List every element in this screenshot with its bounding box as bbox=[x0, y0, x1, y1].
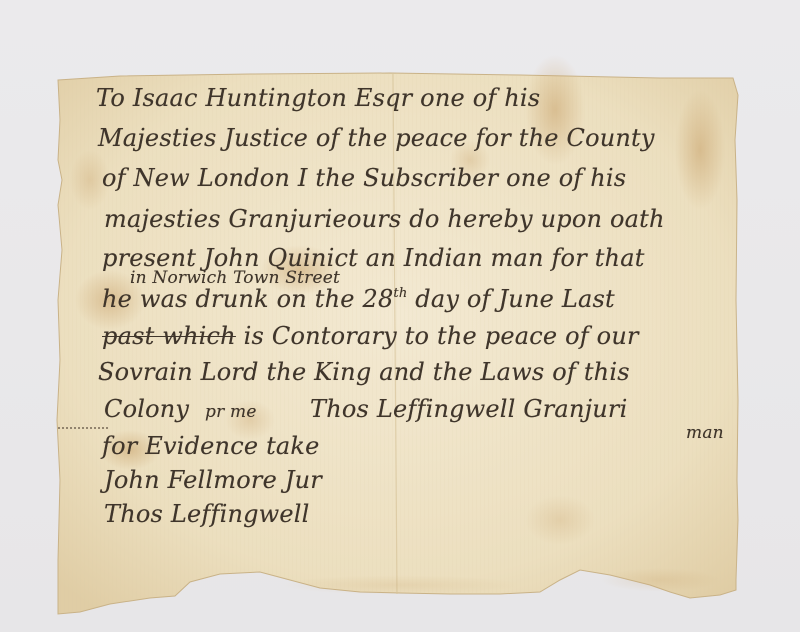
text-line-3: of New London I the Subscriber one of hi… bbox=[102, 164, 626, 192]
signature-leffingwell-granjuriman: Thos Leffingwell Granjuri bbox=[310, 395, 627, 423]
text-line-8: Sovrain Lord the King and the Laws of th… bbox=[98, 358, 630, 386]
text-line-9: Colony bbox=[104, 395, 189, 423]
text-line-6-superscript: th bbox=[393, 286, 407, 301]
per-me-text: pr me bbox=[205, 402, 257, 422]
photo-stage: To Isaac Huntington Esqr one of his Maje… bbox=[0, 0, 800, 632]
text-line-1: To Isaac Huntington Esqr one of his bbox=[96, 84, 540, 112]
struck-text: past which bbox=[102, 322, 236, 350]
text-line-6-post: day of June Last bbox=[407, 285, 614, 313]
text-line-evidence: for Evidence take bbox=[102, 432, 320, 460]
text-line-4: majesties Granjurieours do hereby upon o… bbox=[104, 205, 665, 233]
witness-name: John Fellmore Jur bbox=[104, 466, 322, 494]
text-line-6: he was drunk on the 28th day of June Las… bbox=[102, 285, 615, 313]
text-line-2: Majesties Justice of the peace for the C… bbox=[98, 124, 655, 152]
signature-suffix-man: man bbox=[686, 423, 724, 443]
text-line-6-pre: he was drunk on the 28 bbox=[102, 285, 393, 313]
closing-signature: Thos Leffingwell bbox=[104, 500, 310, 528]
text-line-7-post: is Contorary to the peace of our bbox=[236, 322, 639, 350]
dotted-margin-mark bbox=[58, 427, 108, 429]
text-line-7: past which is Contorary to the peace of … bbox=[102, 322, 639, 350]
